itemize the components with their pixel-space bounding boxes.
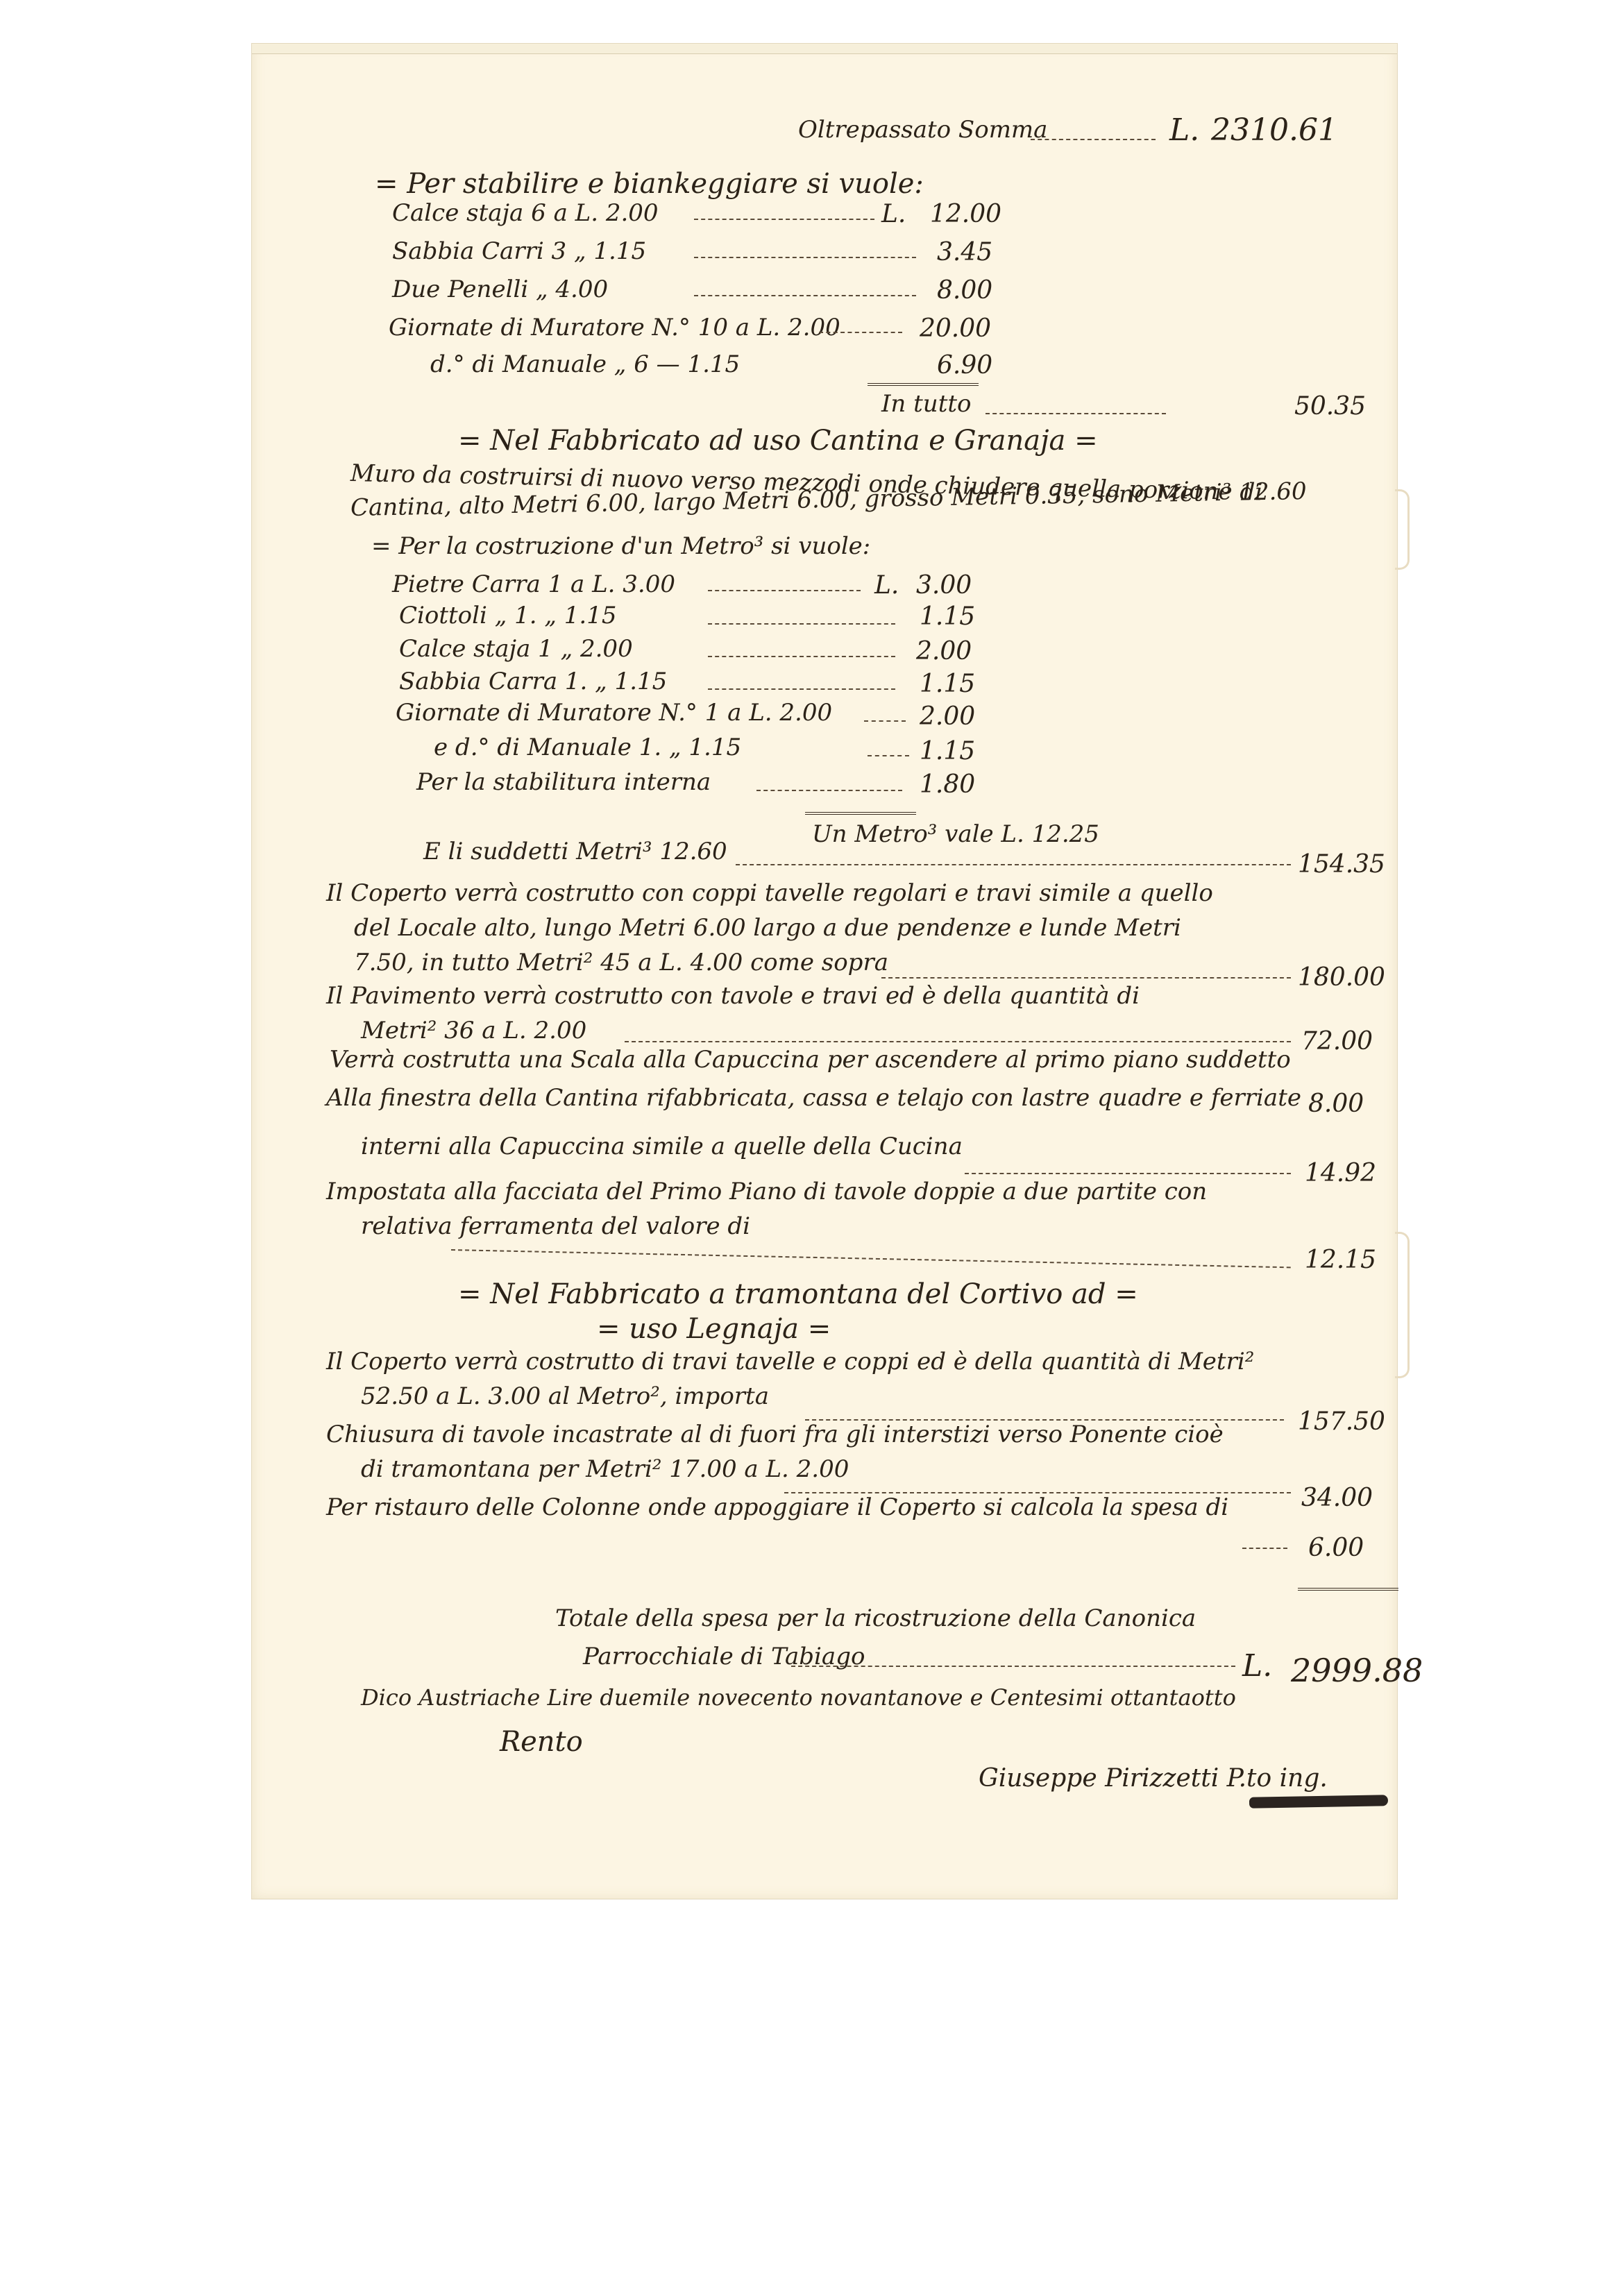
entry-amount: 6.00 — [1308, 1534, 1364, 1562]
currency-mark: L. — [1242, 1648, 1272, 1684]
paragraph-line: Impostata alla facciata del Primo Piano … — [326, 1180, 1207, 1203]
leader-line — [708, 590, 861, 591]
grand-total-label: Parrocchiale di Tabiago — [583, 1645, 865, 1668]
item-description: d.° di Manuale „ 6 — 1.15 — [430, 353, 740, 376]
item-description: Due Penelli „ 4.00 — [392, 278, 608, 301]
leader-line — [819, 332, 902, 333]
entry-amount: 12.15 — [1305, 1246, 1376, 1274]
item-amount: 2.00 — [916, 637, 972, 666]
leader-line — [1242, 1548, 1287, 1549]
leader-line — [965, 1173, 1291, 1174]
paragraph-line: Il Pavimento verrà costrutto con tavole … — [326, 984, 1140, 1008]
sum-rule — [868, 383, 979, 386]
item-description: Sabbia Carri 3 „ 1.15 — [392, 239, 646, 263]
item-description: Ciottoli „ 1. „ 1.15 — [399, 604, 617, 627]
entry-amount: 14.92 — [1305, 1159, 1376, 1187]
leader-line — [881, 977, 1291, 979]
signature: Giuseppe Pirizzetti P.to ing. — [979, 1766, 1328, 1791]
paragraph-line: Il Coperto verrà costrutto di travi tave… — [326, 1350, 1254, 1373]
currency-mark: L. — [874, 571, 899, 600]
item-amount: 3.00 — [916, 571, 972, 600]
paragraph-line: Chiusura di tavole incastrate al di fuor… — [326, 1423, 1224, 1446]
leader-line — [864, 720, 906, 722]
leader-line — [708, 623, 895, 625]
item-description: Calce staja 1 „ 2.00 — [399, 637, 633, 661]
carried-forward-label: Oltrepassato Somma — [798, 118, 1047, 142]
item-amount: 12.00 — [930, 200, 1001, 228]
leader-line — [694, 295, 916, 296]
item-description: Pietre Carra 1 a L. 3.00 — [392, 573, 675, 596]
item-amount: 1.15 — [920, 602, 975, 631]
paragraph-line: interni alla Capuccina simile a quelle d… — [361, 1135, 963, 1158]
leader-line — [986, 413, 1166, 414]
paragraph-line: 52.50 a L. 3.00 al Metro², importa — [361, 1384, 769, 1408]
item-amount: 6.90 — [937, 351, 992, 380]
subtotal-label: E li suddetti Metri³ 12.60 — [423, 840, 727, 863]
leader-line — [694, 257, 916, 258]
paragraph-line: relativa ferramenta del valore di — [361, 1214, 750, 1238]
leader-line — [1031, 139, 1156, 140]
paragraph-line: Il Coperto verrà costrutto con coppi tav… — [326, 881, 1213, 905]
entry-amount: 180.00 — [1298, 963, 1385, 992]
section-heading: = Nel Fabbricato a tramontana del Cortiv… — [458, 1280, 1138, 1308]
item-description: Per la stabilitura interna — [416, 770, 711, 794]
subheading: = Per la costruzione d'un Metro³ si vuol… — [371, 534, 870, 558]
item-description: e d.° di Manuale 1. „ 1.15 — [434, 736, 741, 759]
binding-thread — [1395, 489, 1410, 570]
leader-line — [625, 1041, 1291, 1042]
item-amount: 20.00 — [920, 314, 991, 343]
item-amount: 1.15 — [920, 670, 975, 698]
leader-line — [868, 755, 909, 756]
paragraph-line: Per ristauro delle Colonne onde appoggia… — [326, 1496, 1228, 1519]
page-top-fold — [252, 44, 1397, 54]
item-amount: 3.45 — [937, 238, 992, 266]
leader-line — [791, 1666, 1235, 1667]
item-description: Sabbia Carra 1. „ 1.15 — [399, 670, 667, 693]
leader-line — [756, 790, 902, 791]
entry-amount: 72.00 — [1301, 1027, 1373, 1056]
entry-amount: 157.50 — [1298, 1407, 1385, 1436]
subtotal-amount: 154.35 — [1298, 850, 1385, 879]
currency-mark: L. — [881, 200, 906, 228]
section-heading: = uso Legnaja = — [597, 1315, 831, 1343]
item-description: Giornate di Muratore N.° 10 a L. 2.00 — [389, 316, 840, 339]
item-amount: 2.00 — [920, 702, 975, 731]
paragraph-line: Alla finestra della Cantina rifabbricata… — [326, 1086, 1301, 1110]
leader-line — [708, 688, 895, 690]
paragraph-line: 7.50, in tutto Metri² 45 a L. 4.00 come … — [354, 951, 888, 974]
paragraph-line: Metri² 36 a L. 2.00 — [361, 1019, 586, 1042]
item-amount: 1.80 — [920, 770, 975, 799]
paragraph-line: di tramontana per Metri² 17.00 a L. 2.00 — [361, 1457, 849, 1481]
entry-amount: 8.00 — [1308, 1090, 1364, 1118]
section-total-label: In tutto — [881, 392, 972, 416]
section-heading: = Nel Fabbricato ad uso Cantina e Granaj… — [458, 427, 1098, 455]
grand-total-amount: 2999.88 — [1291, 1652, 1423, 1689]
item-amount: 1.15 — [920, 737, 975, 765]
item-amount: 8.00 — [937, 276, 992, 305]
leader-line — [736, 864, 1291, 865]
grand-total-label: Totale della spesa per la ricostruzione … — [555, 1607, 1196, 1630]
binding-thread — [1395, 1232, 1410, 1378]
leader-line — [708, 656, 895, 657]
amount-in-words: Dico Austriache Lire duemile novecento n… — [361, 1686, 1236, 1709]
item-description: Calce staja 6 a L. 2.00 — [392, 201, 659, 225]
sum-rule — [1298, 1588, 1398, 1591]
sum-rule — [805, 812, 916, 815]
item-description: Giornate di Muratore N.° 1 a L. 2.00 — [396, 701, 832, 725]
carried-forward-amount: 2310.61 — [1211, 112, 1337, 148]
section-heading: = Per stabilire e biankeggiare si vuole: — [375, 170, 924, 198]
unit-value: Un Metro³ vale L. 12.25 — [812, 822, 1099, 846]
section-total-amount: 50.35 — [1294, 392, 1366, 421]
initials: Rento — [500, 1728, 583, 1756]
paragraph-line: del Locale alto, lungo Metri 6.00 largo … — [354, 916, 1181, 940]
currency-mark: L. — [1169, 112, 1199, 148]
leader-line — [694, 219, 874, 220]
paragraph-line: Verrà costrutta una Scala alla Capuccina… — [330, 1048, 1291, 1072]
entry-amount: 34.00 — [1301, 1484, 1373, 1512]
